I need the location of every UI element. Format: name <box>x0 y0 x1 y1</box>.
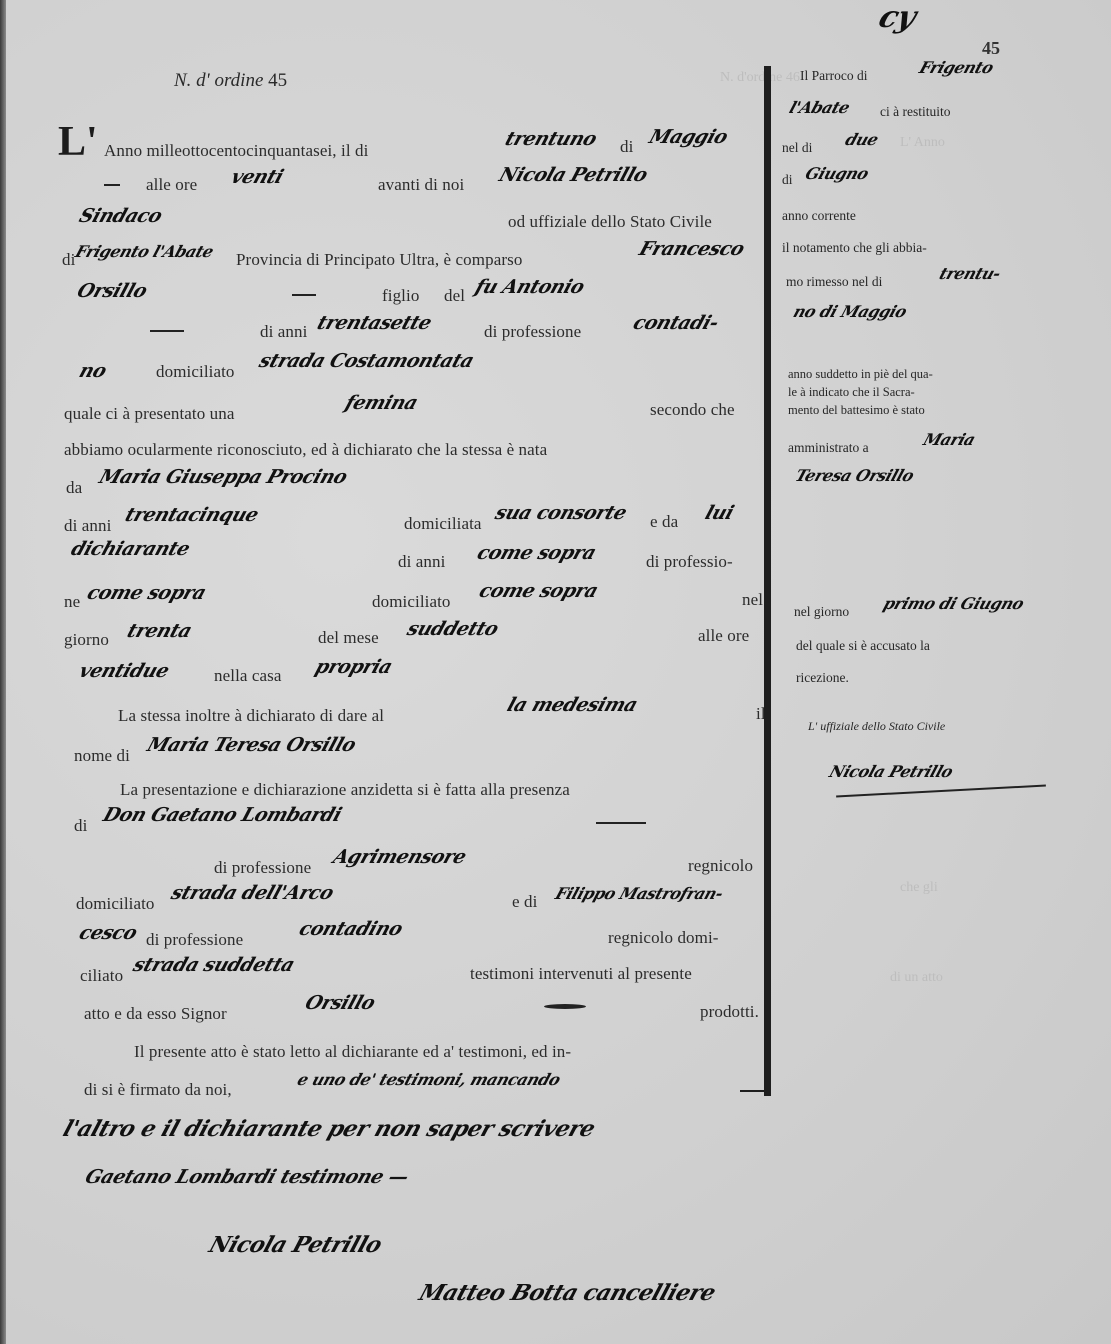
printed-text: giorno <box>64 630 109 650</box>
printed-text: alle ore <box>146 175 197 195</box>
officer-label: L' uffiziale dello Stato Civile <box>808 718 945 734</box>
printed-text: quale ci à presentato una <box>64 404 235 424</box>
handwritten-text: come sopra <box>474 542 598 564</box>
order-number-heading: N. d' ordine 45 <box>174 70 287 92</box>
printed-text: atto e da esso Signor <box>84 1004 227 1024</box>
bleed-through-text: di un atto <box>890 970 943 986</box>
handwritten-town: Frigento l'Abate <box>73 242 216 261</box>
printed-text: avanti di noi <box>378 175 464 195</box>
handwritten-closing-line: l'altro e il dichiarante per non saper s… <box>60 1116 598 1142</box>
handwritten-child-name: Teresa Orsillo <box>793 466 916 485</box>
corner-initials: cy <box>874 0 920 35</box>
printed-text: di <box>74 816 87 836</box>
printed-text: domiciliato <box>76 894 155 914</box>
filler-dash <box>150 330 184 332</box>
handwritten-witness-1: Don Gaetano Lombardi <box>100 804 344 826</box>
signature-officer: Nicola Petrillo <box>206 1232 385 1258</box>
printed-text: nel <box>742 590 763 610</box>
printed-text: Il presente atto è stato letto al dichia… <box>134 1042 571 1062</box>
handwritten-text: dichiarante <box>68 538 192 560</box>
printed-text: di <box>620 137 633 157</box>
printed-text: secondo che <box>650 400 735 420</box>
bleed-through-text: L' Anno <box>900 135 945 151</box>
printed-text: mento del battesimo è stato <box>788 402 925 418</box>
filler-dash <box>544 1004 586 1009</box>
printed-text: nel giorno <box>794 604 849 620</box>
order-number: 45 <box>268 70 287 91</box>
column-divider-foot <box>740 1090 770 1092</box>
handwritten-birth-day: trenta <box>124 620 194 642</box>
printed-text: del <box>444 286 465 306</box>
handwritten-text: trentu- <box>937 264 1003 283</box>
handwritten-month: Giugno <box>803 164 871 183</box>
initial-letter: L' <box>58 118 98 166</box>
printed-text: mo rimesso nel di <box>786 274 882 290</box>
bleed-through-text: che gli <box>900 880 938 896</box>
handwritten-month: Maggio <box>646 126 730 148</box>
printed-text: ricezione. <box>796 670 849 686</box>
handwritten-text: e uno de' testimoni, mancando <box>295 1070 563 1089</box>
printed-text: La presentazione e dichiarazione anzidet… <box>120 780 570 800</box>
printed-text: testimoni intervenuti al presente <box>470 964 692 984</box>
printed-text: domiciliata <box>404 514 482 534</box>
printed-text: il notamento che gli abbia- <box>782 240 927 256</box>
printed-text: ciliato <box>80 966 123 986</box>
handwritten-child-name: Maria Teresa Orsillo <box>144 734 358 756</box>
handwritten-age: trentacinque <box>122 504 261 526</box>
printed-text: di professio- <box>646 552 733 572</box>
corner-stamp-number: 45 <box>982 38 1000 59</box>
printed-text: e da <box>650 512 678 532</box>
handwritten-parish: Frigento <box>917 58 996 77</box>
handwritten-text: Maria <box>921 430 978 449</box>
handwritten-age: trentasette <box>314 312 434 334</box>
handwritten-closing-line: Gaetano Lombardi testimone — <box>82 1166 411 1188</box>
printed-text: regnicolo <box>688 856 753 876</box>
handwritten-title: Sindaco <box>76 205 164 227</box>
printed-text: domiciliato <box>156 362 235 382</box>
printed-text: Provincia di Principato Ultra, è compars… <box>236 250 522 270</box>
handwritten-address: strada dell'Arco <box>168 882 336 904</box>
filler-dash <box>596 822 646 824</box>
handwritten-text: la medesima <box>504 694 640 716</box>
printed-text: od uffiziale dello Stato Civile <box>508 212 712 232</box>
handwritten-text: suddetto <box>404 618 501 640</box>
printed-text: del mese <box>318 628 379 648</box>
printed-text: di professione <box>214 858 311 878</box>
handwritten-mother: Maria Giuseppa Procino <box>96 466 349 488</box>
handwritten-text: come sopra <box>84 582 208 604</box>
printed-text: di <box>782 172 793 188</box>
handwritten-profession: contadi- <box>630 312 721 334</box>
page-binding-edge <box>0 0 6 1344</box>
printed-text: Anno milleottocentocinquantasei, il di <box>104 141 368 161</box>
signature-chancellor: Matteo Botta cancelliere <box>416 1280 719 1306</box>
handwritten-text: no di Maggio <box>791 302 909 321</box>
signature-flourish <box>836 785 1046 798</box>
handwritten-text: cesco <box>76 922 139 944</box>
handwritten-hour: venti <box>228 166 286 188</box>
printed-text: nella casa <box>214 666 282 686</box>
handwritten-text: lui <box>702 502 736 524</box>
printed-text: di anni <box>260 322 307 342</box>
handwritten-surname: Orsillo <box>302 992 377 1014</box>
printed-text: di si è firmato da noi, <box>84 1080 232 1100</box>
handwritten-text: l'Abate <box>787 98 852 117</box>
printed-text: figlio <box>382 286 419 306</box>
handwritten-text: no <box>76 360 109 382</box>
handwritten-address: strada Costamontata <box>256 350 476 372</box>
printed-text: abbiamo ocularmente riconosciuto, ed à d… <box>64 440 547 460</box>
printed-text: Il Parroco di <box>800 68 867 84</box>
filler-dash <box>104 184 120 186</box>
signature-officer-right: Nicola Petrillo <box>827 762 955 781</box>
order-label: N. d' ordine <box>174 70 263 91</box>
handwritten-birth-hour: ventidue <box>76 660 171 682</box>
handwritten-witness-2: Filippo Mastrofran- <box>553 884 725 903</box>
bleed-through-text: N. d'ordine 46 <box>720 70 800 86</box>
handwritten-officer-name: Nicola Petrillo <box>496 164 650 186</box>
printed-text: ne <box>64 592 80 612</box>
printed-text: amministrato a <box>788 440 869 456</box>
handwritten-day: trentuno <box>502 128 599 150</box>
handwritten-sex: femina <box>342 392 420 414</box>
printed-text: di professione <box>146 930 243 950</box>
printed-text: di professione <box>484 322 581 342</box>
handwritten-surname: Orsillo <box>74 280 149 302</box>
printed-text: del quale si è accusato la <box>796 638 930 654</box>
civil-record-page: N. d'ordine 46 L' Anno che gli di un att… <box>0 0 1111 1344</box>
printed-text: regnicolo domi- <box>608 928 719 948</box>
handwritten-father: fu Antonio <box>472 276 586 298</box>
filler-dash <box>292 294 316 296</box>
printed-text: ci à restituito <box>880 104 950 120</box>
printed-text: nome di <box>74 746 130 766</box>
handwritten-address: strada suddetta <box>130 954 297 976</box>
column-divider <box>764 66 771 1096</box>
printed-text: e di <box>512 892 537 912</box>
handwritten-text: propria <box>312 656 394 678</box>
handwritten-date: primo di Giugno <box>881 594 1026 613</box>
printed-text: nel di <box>782 140 812 156</box>
handwritten-day: due <box>843 130 881 149</box>
printed-text: anno suddetto in piè del qua- <box>788 366 933 382</box>
printed-text: le à indicato che il Sacra- <box>788 384 915 400</box>
printed-text: da <box>66 478 82 498</box>
handwritten-text: come sopra <box>476 580 600 602</box>
handwritten-profession: Agrimensore <box>330 846 468 868</box>
handwritten-first-name: Francesco <box>636 238 747 260</box>
printed-text: di anni <box>64 516 111 536</box>
printed-text: prodotti. <box>700 1002 759 1022</box>
handwritten-profession: contadino <box>296 918 405 940</box>
printed-text: anno corrente <box>782 208 856 224</box>
printed-text: La stessa inoltre à dichiarato di dare a… <box>118 706 384 726</box>
printed-text: di anni <box>398 552 445 572</box>
printed-text: alle ore <box>698 626 749 646</box>
handwritten-text: sua consorte <box>492 502 629 524</box>
printed-text: domiciliato <box>372 592 451 612</box>
